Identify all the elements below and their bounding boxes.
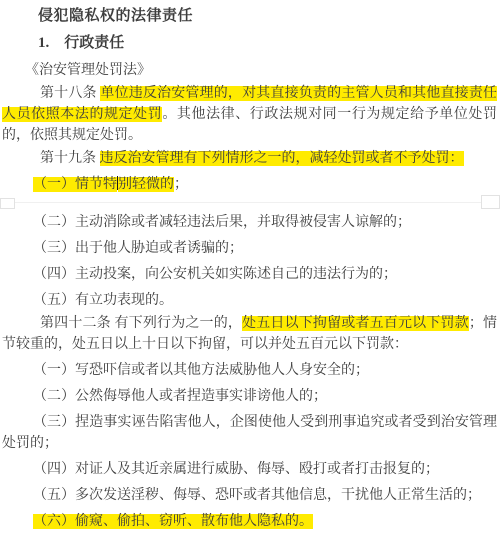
item-19-4[interactable]: （四）主动投案，向公安机关如实陈述自己的违法行为的； [2, 264, 497, 285]
item-19-5[interactable]: （五）有立功表现的。 [2, 290, 497, 311]
right-margin-marker [481, 195, 500, 209]
body-text: ； [174, 177, 188, 192]
body-text: （五）多次发送淫秽、侮辱、恐吓或者其他信息，干扰他人正常生活的； [33, 488, 481, 503]
document-page[interactable]: 侵犯隐私权的法律责任 1. 行政责任 《治安管理处罚法》 第十八条 单位违反治安… [0, 0, 500, 532]
highlighted-text: 处五日以下拘留或者五百元以下罚款 [242, 316, 469, 331]
body-text: （五）有立功表现的。 [33, 293, 173, 308]
item-42-2[interactable]: （二）公然侮辱他人或者捏造事实诽谤他人的； [2, 386, 497, 407]
body-text: （三）出于他人胁迫或者诱骗的； [33, 241, 243, 256]
item-42-1[interactable]: （一）写恐吓信或者以其他方法威胁他人人身安全的； [2, 360, 497, 381]
margin-marker-row [2, 197, 497, 207]
item-42-4[interactable]: （四）对证人及其近亲属进行威胁、侮辱、殴打或者打击报复的； [2, 459, 497, 480]
body-text: （二）公然侮辱他人或者捏造事实诽谤他人的； [33, 389, 327, 404]
document-body: 第十八条 单位违反治安管理的，对其直接负责的主管人员和其他直接责任人员依照本法的… [2, 83, 497, 532]
item-42-3[interactable]: （三）捏造事实诬告陷害他人，企图使他人受到刑事追究或者受到治安管理处罚的； [2, 412, 497, 454]
article-19[interactable]: 第十九条 违反治安管理有下列情形之一的，减轻处罚或者不予处罚： [2, 148, 497, 169]
item-42-6[interactable]: （六）偷窥、偷拍、窃听、散布他人隐私的。 [2, 511, 497, 532]
body-text: （一）写恐吓信或者以其他方法威胁他人人身安全的； [33, 363, 369, 378]
body-text: 第十八条 [40, 86, 100, 101]
body-text: （二）主动消除或者减轻违法后果，并取得被侵害人谅解的； [33, 215, 411, 230]
item-19-3[interactable]: （三）出于他人胁迫或者诱骗的； [2, 238, 497, 259]
highlighted-text: （六）偷窥、偷拍、窃听、散布他人隐私的。 [33, 514, 313, 529]
law-title: 《治安管理处罚法》 [2, 60, 497, 81]
body-text: 第四十二条 有下列行为之一的， [40, 316, 242, 331]
body-text: （三）捏造事实诬告陷害他人，企图使他人受到刑事追究或者受到治安管理处罚的； [2, 415, 497, 451]
highlighted-text: 别轻微的 [118, 177, 174, 192]
left-margin-marker [0, 198, 15, 209]
divider-line [2, 202, 497, 203]
item-19-2[interactable]: （二）主动消除或者减轻违法后果，并取得被侵害人谅解的； [2, 212, 497, 233]
item-42-5[interactable]: （五）多次发送淫秽、侮辱、恐吓或者其他信息，干扰他人正常生活的； [2, 485, 497, 506]
highlighted-text: （一）情节特 [33, 177, 117, 192]
body-text: 第十九条 [40, 151, 100, 166]
section-heading: 1. 行政责任 [2, 33, 497, 54]
document-title: 侵犯隐私权的法律责任 [2, 6, 497, 27]
body-text: （四）对证人及其近亲属进行威胁、侮辱、殴打或者打击报复的； [33, 462, 439, 477]
article-42[interactable]: 第四十二条 有下列行为之一的，处五日以下拘留或者五百元以下罚款；情节较重的，处五… [2, 313, 497, 355]
article-18[interactable]: 第十八条 单位违反治安管理的，对其直接负责的主管人员和其他直接责任人员依照本法的… [2, 83, 497, 146]
item-19-1[interactable]: （一）情节特别轻微的； [2, 174, 497, 195]
highlighted-text: 违反治安管理有下列情形之一的，减轻处罚或者不予处罚： [100, 151, 464, 166]
body-text: （四）主动投案，向公安机关如实陈述自己的违法行为的； [33, 267, 397, 282]
